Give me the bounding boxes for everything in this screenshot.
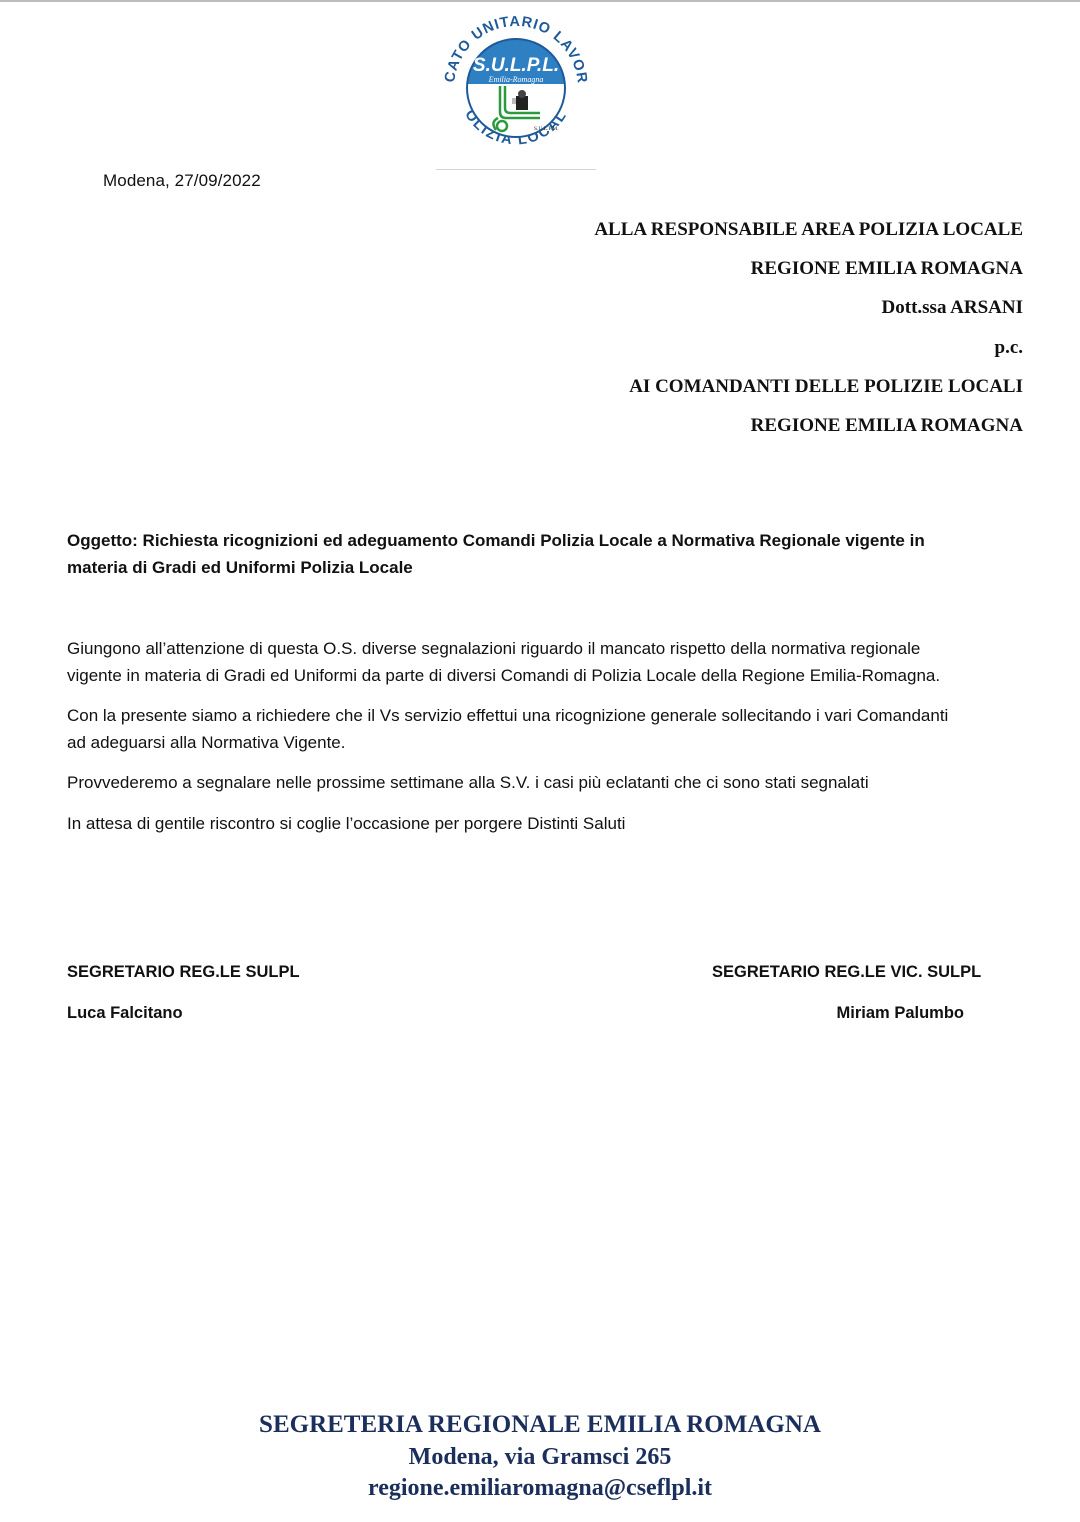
signatory-title: SEGRETARIO REG.LE SULPL [67, 960, 300, 984]
signature-left: SEGRETARIO REG.LE SULPL Luca Falcitano [67, 960, 300, 1025]
letterhead-footer: SEGRETERIA REGIONALE EMILIA ROMAGNA Mode… [0, 1408, 1080, 1504]
logo-divider [436, 169, 596, 170]
signatory-name: Miriam Palumbo [712, 1001, 972, 1025]
svg-text:S.U.L.P.M.: S.U.L.P.M. [534, 126, 559, 132]
svg-text:Emilia-Romagna: Emilia-Romagna [488, 75, 544, 84]
sulpl-logo-icon: SINDACATO UNITARIO LAVORATORI POLIZIA LO… [436, 2, 596, 170]
signatory-title: SEGRETARIO REG.LE VIC. SULPL [712, 960, 972, 984]
letter-body: Giungono all’attenzione di questa O.S. d… [67, 636, 967, 851]
signature-right: SEGRETARIO REG.LE VIC. SULPL Miriam Palu… [712, 960, 972, 1025]
place-date: Modena, 27/09/2022 [103, 171, 261, 191]
signatory-name: Luca Falcitano [67, 1001, 300, 1025]
recipient-line: p.c. [594, 328, 1023, 367]
svg-text:S.U.L.P.L.: S.U.L.P.L. [473, 55, 559, 76]
letter-subject: Oggetto: Richiesta ricognizioni ed adegu… [67, 528, 967, 581]
recipient-line: ALLA RESPONSABILE AREA POLIZIA LOCALE [594, 210, 1023, 249]
body-paragraph: In attesa di gentile riscontro si coglie… [67, 811, 967, 838]
footer-office: SEGRETERIA REGIONALE EMILIA ROMAGNA [0, 1408, 1080, 1442]
recipient-line: AI COMANDANTI DELLE POLIZIE LOCALI [594, 367, 1023, 406]
recipient-line: REGIONE EMILIA ROMAGNA [594, 406, 1023, 445]
footer-email: regione.emiliaromagna@cseflpl.it [0, 1472, 1080, 1504]
recipients-block: ALLA RESPONSABILE AREA POLIZIA LOCALE RE… [594, 210, 1023, 445]
body-paragraph: Provvederemo a segnalare nelle prossime … [67, 770, 967, 797]
recipient-line: Dott.ssa ARSANI [594, 288, 1023, 327]
footer-address: Modena, via Gramsci 265 [0, 1442, 1080, 1472]
body-paragraph: Con la presente siamo a richiedere che i… [67, 703, 967, 756]
body-paragraph: Giungono all’attenzione di questa O.S. d… [67, 636, 967, 689]
recipient-line: REGIONE EMILIA ROMAGNA [594, 249, 1023, 288]
